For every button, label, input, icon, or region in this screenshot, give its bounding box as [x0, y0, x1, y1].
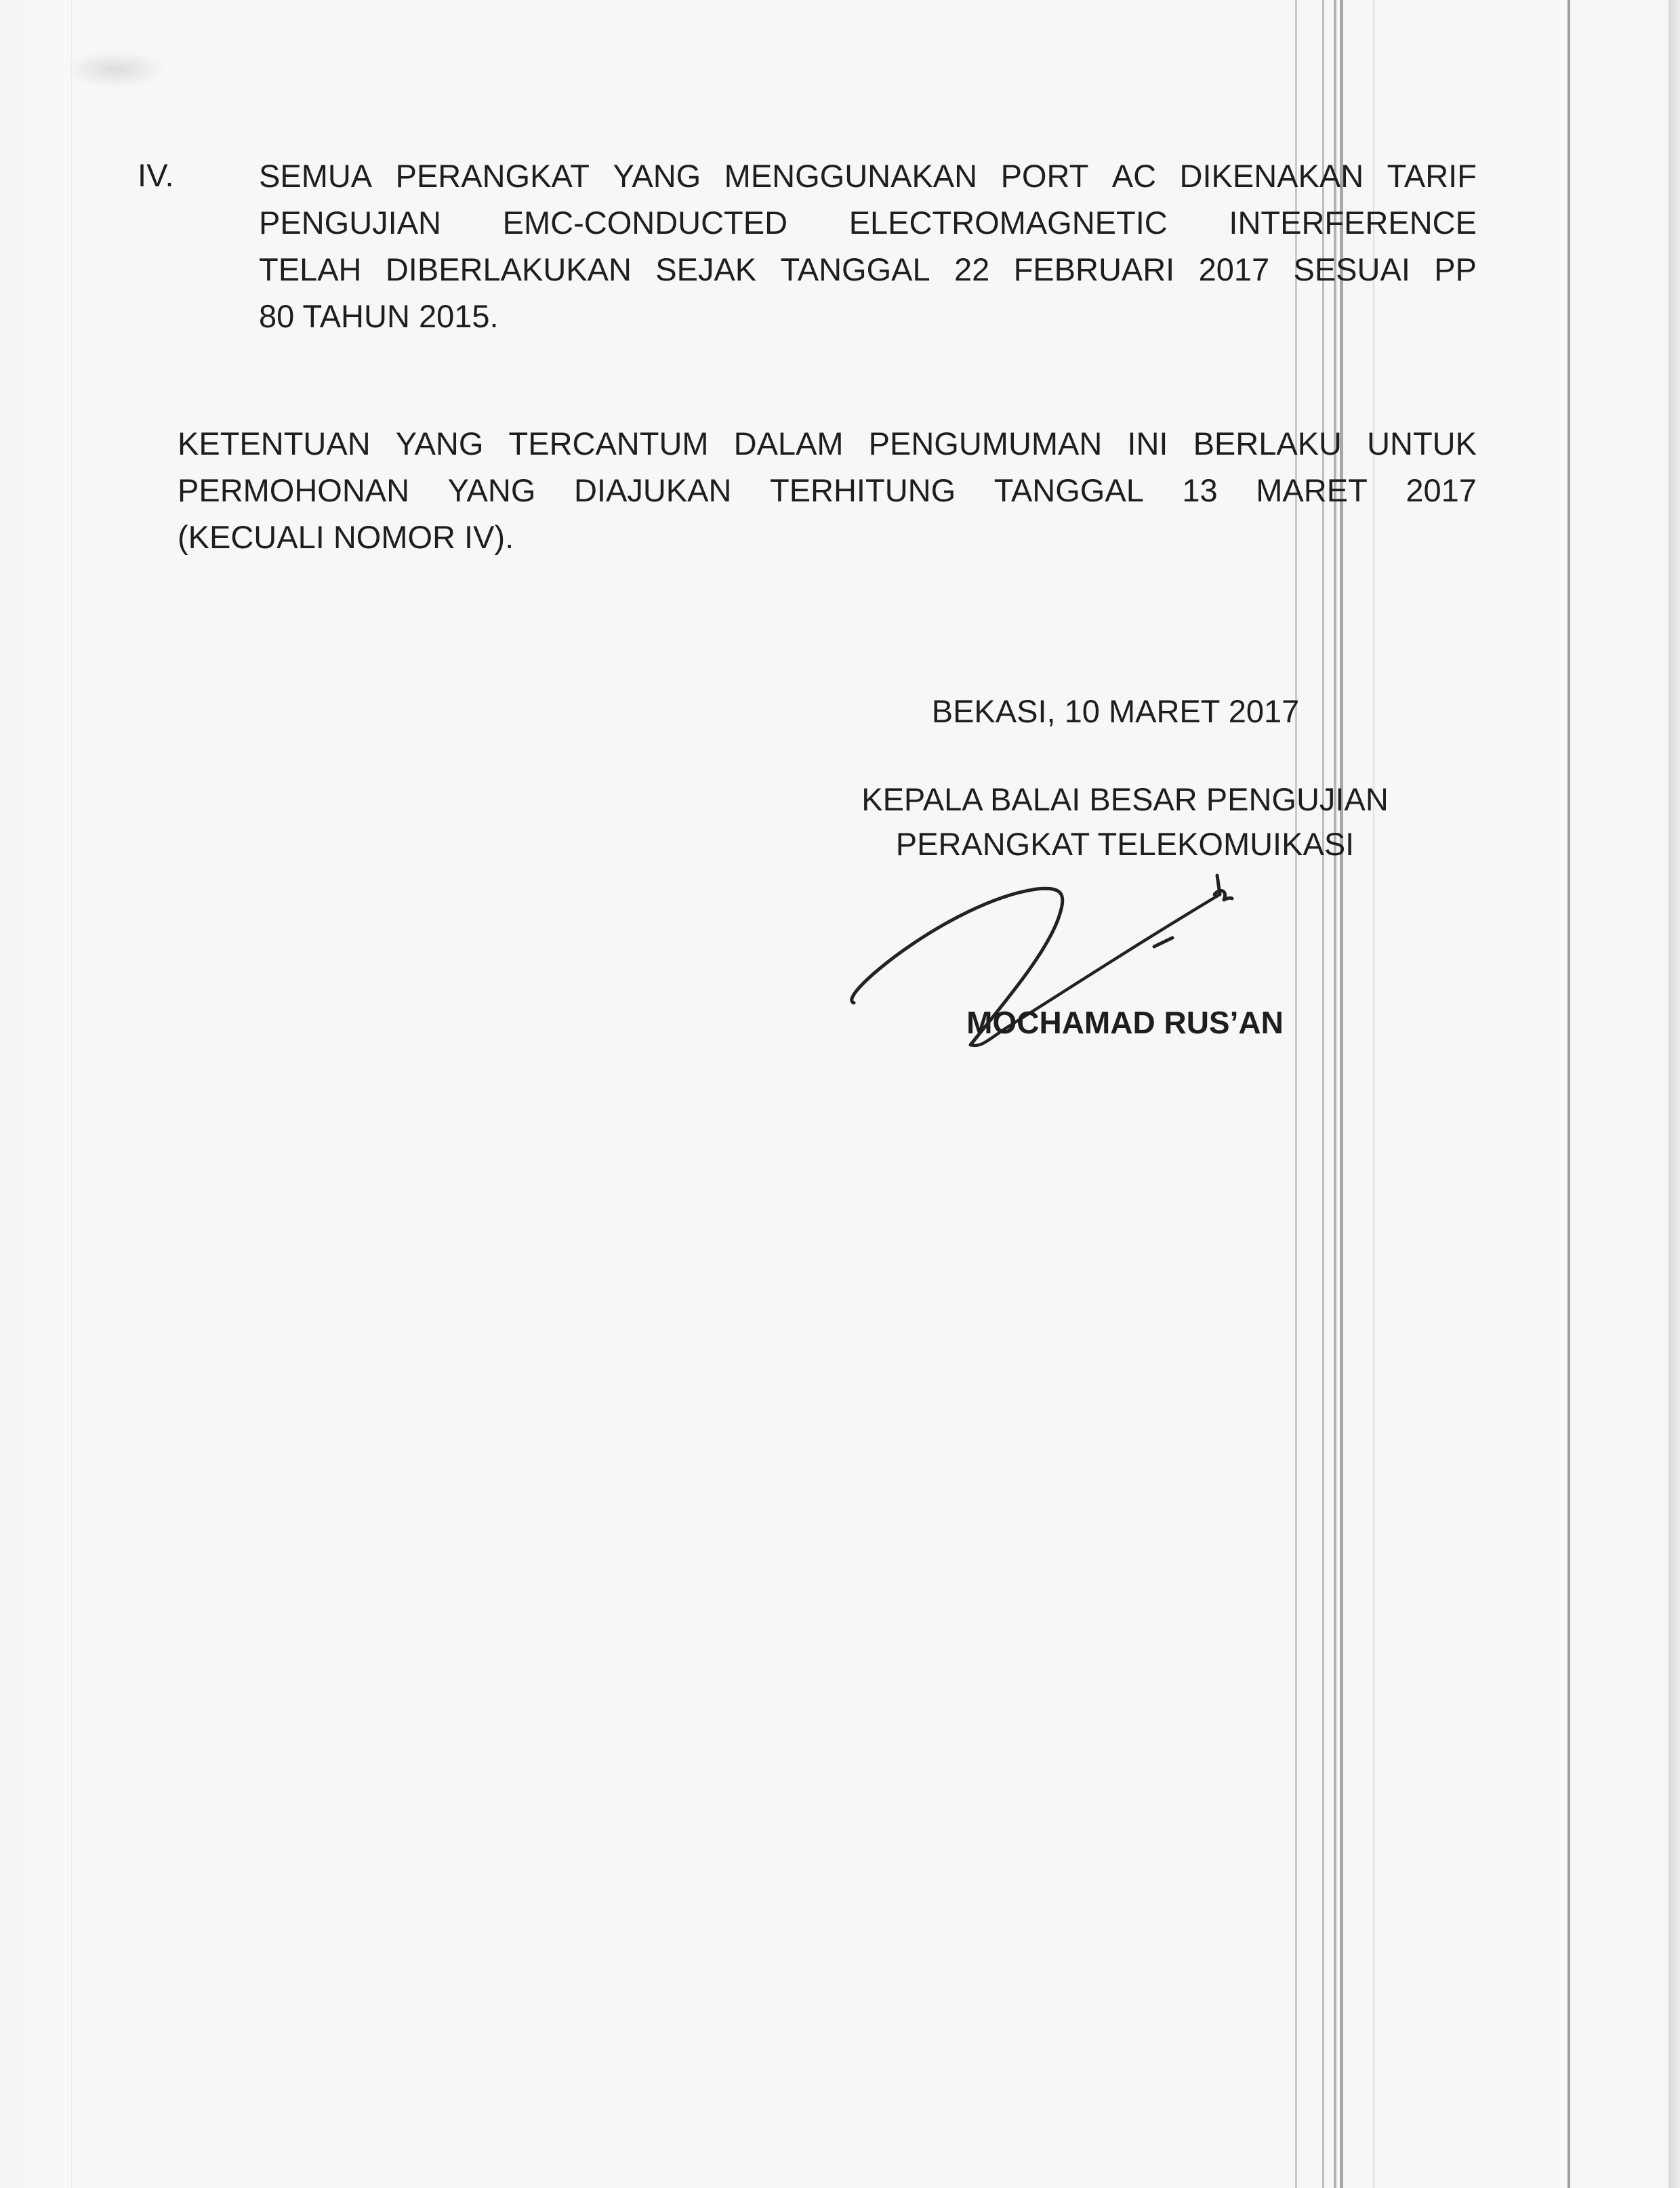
word: 13 — [1182, 467, 1217, 514]
scanned-document-page: IV. SEMUAPERANGKATYANGMENGGUNAKANPORTACD… — [0, 0, 1680, 2188]
closing-paragraph: KETENTUANYANGTERCANTUMDALAMPENGUMUMANINI… — [178, 420, 1477, 560]
word: SEJAK — [655, 246, 756, 293]
word: 22 — [954, 246, 989, 293]
paragraph-line: KETENTUANYANGTERCANTUMDALAMPENGUMUMANINI… — [178, 420, 1477, 467]
signer-position-line-2: PERANGKAT TELEKOMUIKASI — [834, 825, 1416, 863]
word: FEBRUARI — [1014, 246, 1175, 293]
word: DALAM — [734, 420, 844, 467]
word: DIKENAKAN — [1180, 152, 1364, 199]
word: PORT — [1001, 152, 1089, 199]
word: TARIF — [1387, 152, 1477, 199]
word: TANGGAL — [994, 467, 1144, 514]
word: YANG — [448, 467, 536, 514]
word: INI — [1127, 420, 1168, 467]
word: BERLAKU — [1193, 420, 1342, 467]
signer-position-line-1: KEPALA BALAI BESAR PENGUJIAN — [834, 781, 1416, 818]
word: SESUAI — [1293, 246, 1410, 293]
word: MARET — [1256, 467, 1368, 514]
word: UNTUK — [1367, 420, 1477, 467]
word: PP — [1434, 246, 1477, 293]
word: TERHITUNG — [770, 467, 956, 514]
section-numeral: IV. — [138, 152, 174, 199]
scanner-artifact-line — [1568, 0, 1570, 2188]
word: DIAJUKAN — [574, 467, 731, 514]
scan-smudge — [64, 51, 166, 88]
word: PENGUMUMAN — [869, 420, 1103, 467]
word: EMC-CONDUCTED — [503, 199, 787, 246]
word: TANGGAL — [781, 246, 930, 293]
word: AC — [1112, 152, 1156, 199]
word: SEMUA — [259, 152, 372, 199]
word: MENGGUNAKAN — [724, 152, 977, 199]
scan-right-edge — [1668, 0, 1680, 2188]
word: 2017 — [1199, 246, 1270, 293]
section-iv-paragraph: SEMUAPERANGKATYANGMENGGUNAKANPORTACDIKEN… — [259, 152, 1477, 339]
word: YANG — [613, 152, 701, 199]
paragraph-line: TELAHDIBERLAKUKANSEJAKTANGGAL22FEBRUARI2… — [259, 246, 1477, 293]
word: YANG — [396, 420, 484, 467]
paragraph-last-line: (KECUALI NOMOR IV). — [178, 514, 1477, 560]
paragraph-line: PERMOHONANYANGDIAJUKANTERHITUNGTANGGAL13… — [178, 467, 1477, 514]
word: INTERFERENCE — [1229, 199, 1477, 246]
paragraph-line: SEMUAPERANGKATYANGMENGGUNAKANPORTACDIKEN… — [259, 152, 1477, 199]
word: PENGUJIAN — [259, 199, 441, 246]
word: DIBERLAKUKAN — [386, 246, 632, 293]
word: TELAH — [259, 246, 362, 293]
scan-edge-shadow — [0, 0, 72, 2188]
word: PERANGKAT — [396, 152, 590, 199]
word: PERMOHONAN — [178, 467, 409, 514]
place-and-date: BEKASI, 10 MARET 2017 — [926, 693, 1305, 730]
word: KETENTUAN — [178, 420, 371, 467]
word: TERCANTUM — [509, 420, 709, 467]
signer-name: MOCHAMAD RUS’AN — [922, 1004, 1328, 1041]
word: ELECTROMAGNETIC — [849, 199, 1168, 246]
paragraph-last-line: 80 TAHUN 2015. — [259, 293, 1477, 339]
word: 2017 — [1406, 467, 1477, 514]
paragraph-line: PENGUJIANEMC-CONDUCTEDELECTROMAGNETICINT… — [259, 199, 1477, 246]
